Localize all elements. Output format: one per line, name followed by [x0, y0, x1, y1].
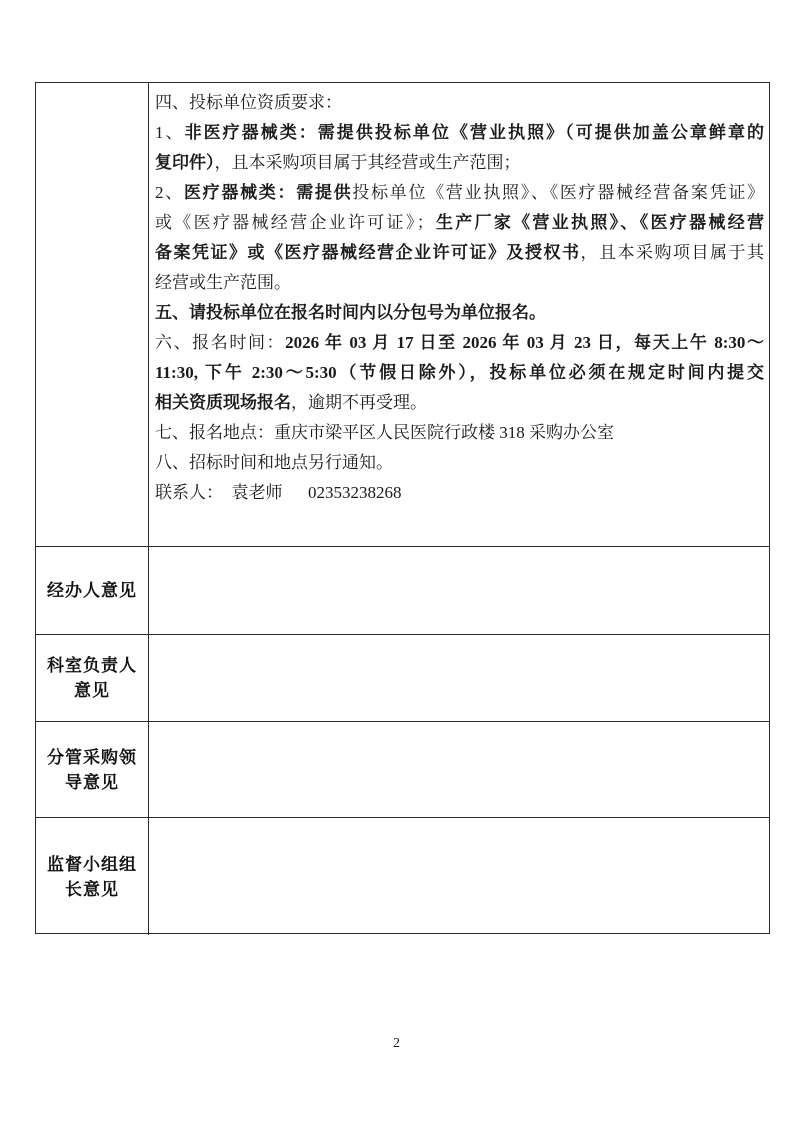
department-head-opinion-blank-cell: [149, 635, 769, 721]
supervision-group-leader-opinion-label: 监督小组组 长意见: [36, 818, 149, 935]
text-segment: 经营或生产范围。: [155, 273, 291, 292]
text-segment: 1、: [155, 123, 185, 142]
notice-text: 四、投标单位资质要求：1、非医疗器械类：需提供投标单位《营业执照》（可提供加盖公…: [149, 83, 769, 508]
text-line: 五、请投标单位在报名时间内以分包号为单位报名。: [155, 298, 764, 328]
text-segment: 七、报名地点：重庆市梁平区人民医院行政楼 318 采购办公室: [155, 423, 614, 442]
text-segment: ，且本采购项目属于其经营或生产范围；: [215, 153, 521, 172]
procurement-leader-opinion-blank-cell: [149, 722, 769, 817]
text-segment: 六、报名时间：: [155, 333, 285, 352]
text-line: 2、医疗器械类：需提供投标单位《营业执照》、《医疗器械经营备案凭证》: [155, 178, 764, 208]
notice-row-label-cell: [36, 83, 149, 546]
text-line: 复印件），且本采购项目属于其经营或生产范围；: [155, 148, 764, 178]
notice-row: 四、投标单位资质要求：1、非医疗器械类：需提供投标单位《营业执照》（可提供加盖公…: [36, 83, 769, 546]
label-line: 分管采购领: [47, 745, 137, 770]
text-line: 六、报名时间：2026 年 03 月 17 日至 2026 年 03 月 23 …: [155, 328, 764, 358]
text-segment: 四、投标单位资质要求：: [155, 93, 342, 112]
text-segment: 或《医疗器械经营企业许可证》；: [155, 213, 434, 232]
document-page: 四、投标单位资质要求：1、非医疗器械类：需提供投标单位《营业执照》（可提供加盖公…: [0, 0, 793, 1122]
text-segment: 11:30, 下午 2:30～5:30（节假日除外），投标单位必须在规定时间内提…: [155, 363, 764, 382]
text-line: 1、非医疗器械类：需提供投标单位《营业执照》（可提供加盖公章鲜章的: [155, 118, 764, 148]
procurement-leader-opinion-label: 分管采购领 导意见: [36, 722, 149, 817]
table-row-supervision-group-leader-opinion: 监督小组组 长意见: [36, 817, 769, 935]
text-segment: 复印件）: [155, 153, 215, 172]
text-segment: 非医疗器械类：需提供投标单位《营业执照》（可提供加盖公章鲜章的: [185, 123, 764, 142]
text-segment: 五、请投标单位在报名时间内以分包号为单位报名。: [155, 303, 546, 322]
text-line: 四、投标单位资质要求：: [155, 88, 764, 118]
text-line: 联系人： 袁老师 02353238268: [155, 478, 764, 508]
text-segment: 相关资质现场报名: [155, 393, 291, 412]
operator-opinion-blank-cell: [149, 547, 769, 634]
label-line: 导意见: [65, 770, 119, 795]
label-line: 监督小组组: [47, 852, 137, 877]
text-segment: ，且本采购项目属于其: [581, 243, 765, 262]
label-line: 长意见: [65, 877, 119, 902]
notice-cell: 四、投标单位资质要求：1、非医疗器械类：需提供投标单位《营业执照》（可提供加盖公…: [149, 83, 769, 546]
text-line: 备案凭证》或《医疗器械经营企业许可证》及授权书，且本采购项目属于其: [155, 238, 764, 268]
page-number: 2: [0, 1036, 793, 1052]
text-segment: 2026 年 03 月 17 日至 2026 年 03 月 23 日，每天上午 …: [285, 333, 764, 352]
text-line: 或《医疗器械经营企业许可证》；生产厂家《营业执照》、《医疗器械经营: [155, 208, 764, 238]
text-line: 八、招标时间和地点另行通知。: [155, 448, 764, 478]
operator-opinion-label: 经办人意见: [36, 547, 149, 634]
label-line: 科室负责人: [47, 653, 137, 678]
text-line: 相关资质现场报名，逾期不再受理。: [155, 388, 764, 418]
text-line: 七、报名地点：重庆市梁平区人民医院行政楼 318 采购办公室: [155, 418, 764, 448]
text-line: 11:30, 下午 2:30～5:30（节假日除外），投标单位必须在规定时间内提…: [155, 358, 764, 388]
table-row-procurement-leader-opinion: 分管采购领 导意见: [36, 721, 769, 817]
text-segment: 生产厂家《营业执照》、《医疗器械经营: [434, 213, 764, 232]
text-segment: 备案凭证》或《医疗器械经营企业许可证》及授权书: [155, 243, 581, 262]
text-segment: 医疗器械类：需提供: [184, 183, 352, 202]
text-segment: 投标单位《营业执照》、《医疗器械经营备案凭证》: [352, 183, 764, 202]
label-line: 经办人意见: [47, 578, 137, 603]
table-row-operator-opinion: 经办人意见: [36, 546, 769, 634]
label-line: 意见: [74, 678, 110, 703]
text-segment: 联系人： 袁老师 02353238268: [155, 483, 402, 502]
table-row-department-head-opinion: 科室负责人 意见: [36, 634, 769, 721]
procurement-form-table: 四、投标单位资质要求：1、非医疗器械类：需提供投标单位《营业执照》（可提供加盖公…: [35, 82, 770, 934]
department-head-opinion-label: 科室负责人 意见: [36, 635, 149, 721]
text-segment: 2、: [155, 183, 184, 202]
text-line: 经营或生产范围。: [155, 268, 764, 298]
text-segment: ，逾期不再受理。: [291, 393, 427, 412]
supervision-group-leader-opinion-blank-cell: [149, 818, 769, 935]
text-segment: 八、招标时间和地点另行通知。: [155, 453, 393, 472]
